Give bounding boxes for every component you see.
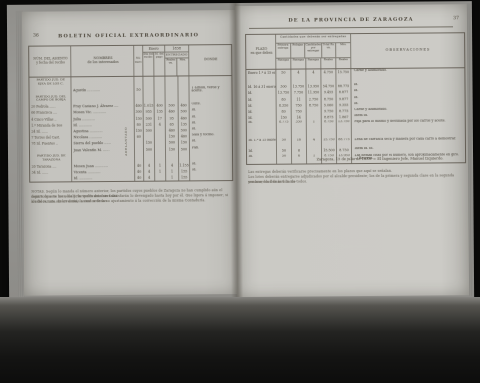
right-page: DE LA PROVINCIA DE ZARAGOZA 37 PLAZO en …	[235, 4, 469, 297]
sub-total: Total Rs. vn.	[322, 43, 337, 57]
left-table: NÚM. DEL ASIENTO y fecha del recibo NOMB…	[28, 44, 233, 183]
sub-por-entregar: Cantidades por entregar	[305, 43, 321, 57]
unit-1: Fanegas	[276, 59, 291, 69]
col-observaciones-header: OBSERVACIONES	[351, 33, 462, 68]
group-cantidades: Cantidades que deberán ser entregadas Pr…	[276, 34, 351, 69]
unit-2: Fanegas	[291, 58, 306, 68]
table-row: Id. ............ 40 4 1 155	[30, 174, 232, 182]
unit-3: Fanegas	[306, 58, 321, 68]
left-page: 36 BOLETIN OFICIAL EXTRAORDINARIO NÚM. D…	[22, 10, 237, 296]
scanned-book-photo: 36 BOLETIN OFICIAL EXTRAORDINARIO NÚM. D…	[0, 0, 480, 383]
adelantado-vertical-label: ADELANTADO	[123, 98, 127, 156]
desk-background	[0, 297, 480, 383]
group-1838: 1838 ENTREGADO Reales vn. Mrs.	[165, 45, 189, 75]
left-table-header: NÚM. DEL ASIENTO y fecha del recibo NOMB…	[29, 45, 231, 78]
col-plazo-header: PLAZO en que deben	[246, 35, 276, 69]
unit-5: Reales	[336, 58, 350, 68]
left-page-title: BOLETIN OFICIAL EXTRAORDINARIO	[22, 32, 235, 40]
left-footnote-line3: aludidos, una observación; la cual orden…	[31, 198, 229, 204]
enero-sub1: Día del recibo	[143, 53, 154, 76]
right-footnote-line3: yor brevedad de noticia de todos.	[248, 178, 458, 184]
col-donde-header: DONDE	[189, 45, 230, 75]
col-nombres-header: NOMBRES de los interesados	[71, 46, 134, 76]
entregado-sub1: Reales vn.	[165, 58, 177, 75]
col-numero-header: Nú- mero	[134, 46, 143, 76]
right-page-number: 37	[453, 16, 459, 21]
sub-mrs: Mrs.	[337, 43, 351, 57]
right-table: PLAZO en que deben Cantidades que deberá…	[245, 32, 466, 165]
entregado-sub2: Mrs.	[177, 58, 188, 75]
header-rule	[249, 26, 453, 29]
col-asiento-header: NÚM. DEL ASIENTO y fecha del recibo	[29, 46, 71, 76]
group-enero: Enero Día del recibo Id. del pago	[143, 46, 165, 76]
enero-sub2: Id. del pago	[154, 53, 164, 76]
sub-primera: Primera entrega	[276, 44, 291, 58]
right-table-header: PLAZO en que deben Cantidades que deberá…	[246, 33, 464, 70]
sub-rebajas: Rebajas	[291, 43, 306, 57]
book-fold-shadow	[229, 3, 243, 300]
book-spread: 36 BOLETIN OFICIAL EXTRAORDINARIO NÚM. D…	[7, 1, 474, 302]
unit-4: Reales	[321, 58, 336, 68]
right-page-title: DE LA PROVINCIA DE ZARAGOZA	[235, 16, 467, 24]
